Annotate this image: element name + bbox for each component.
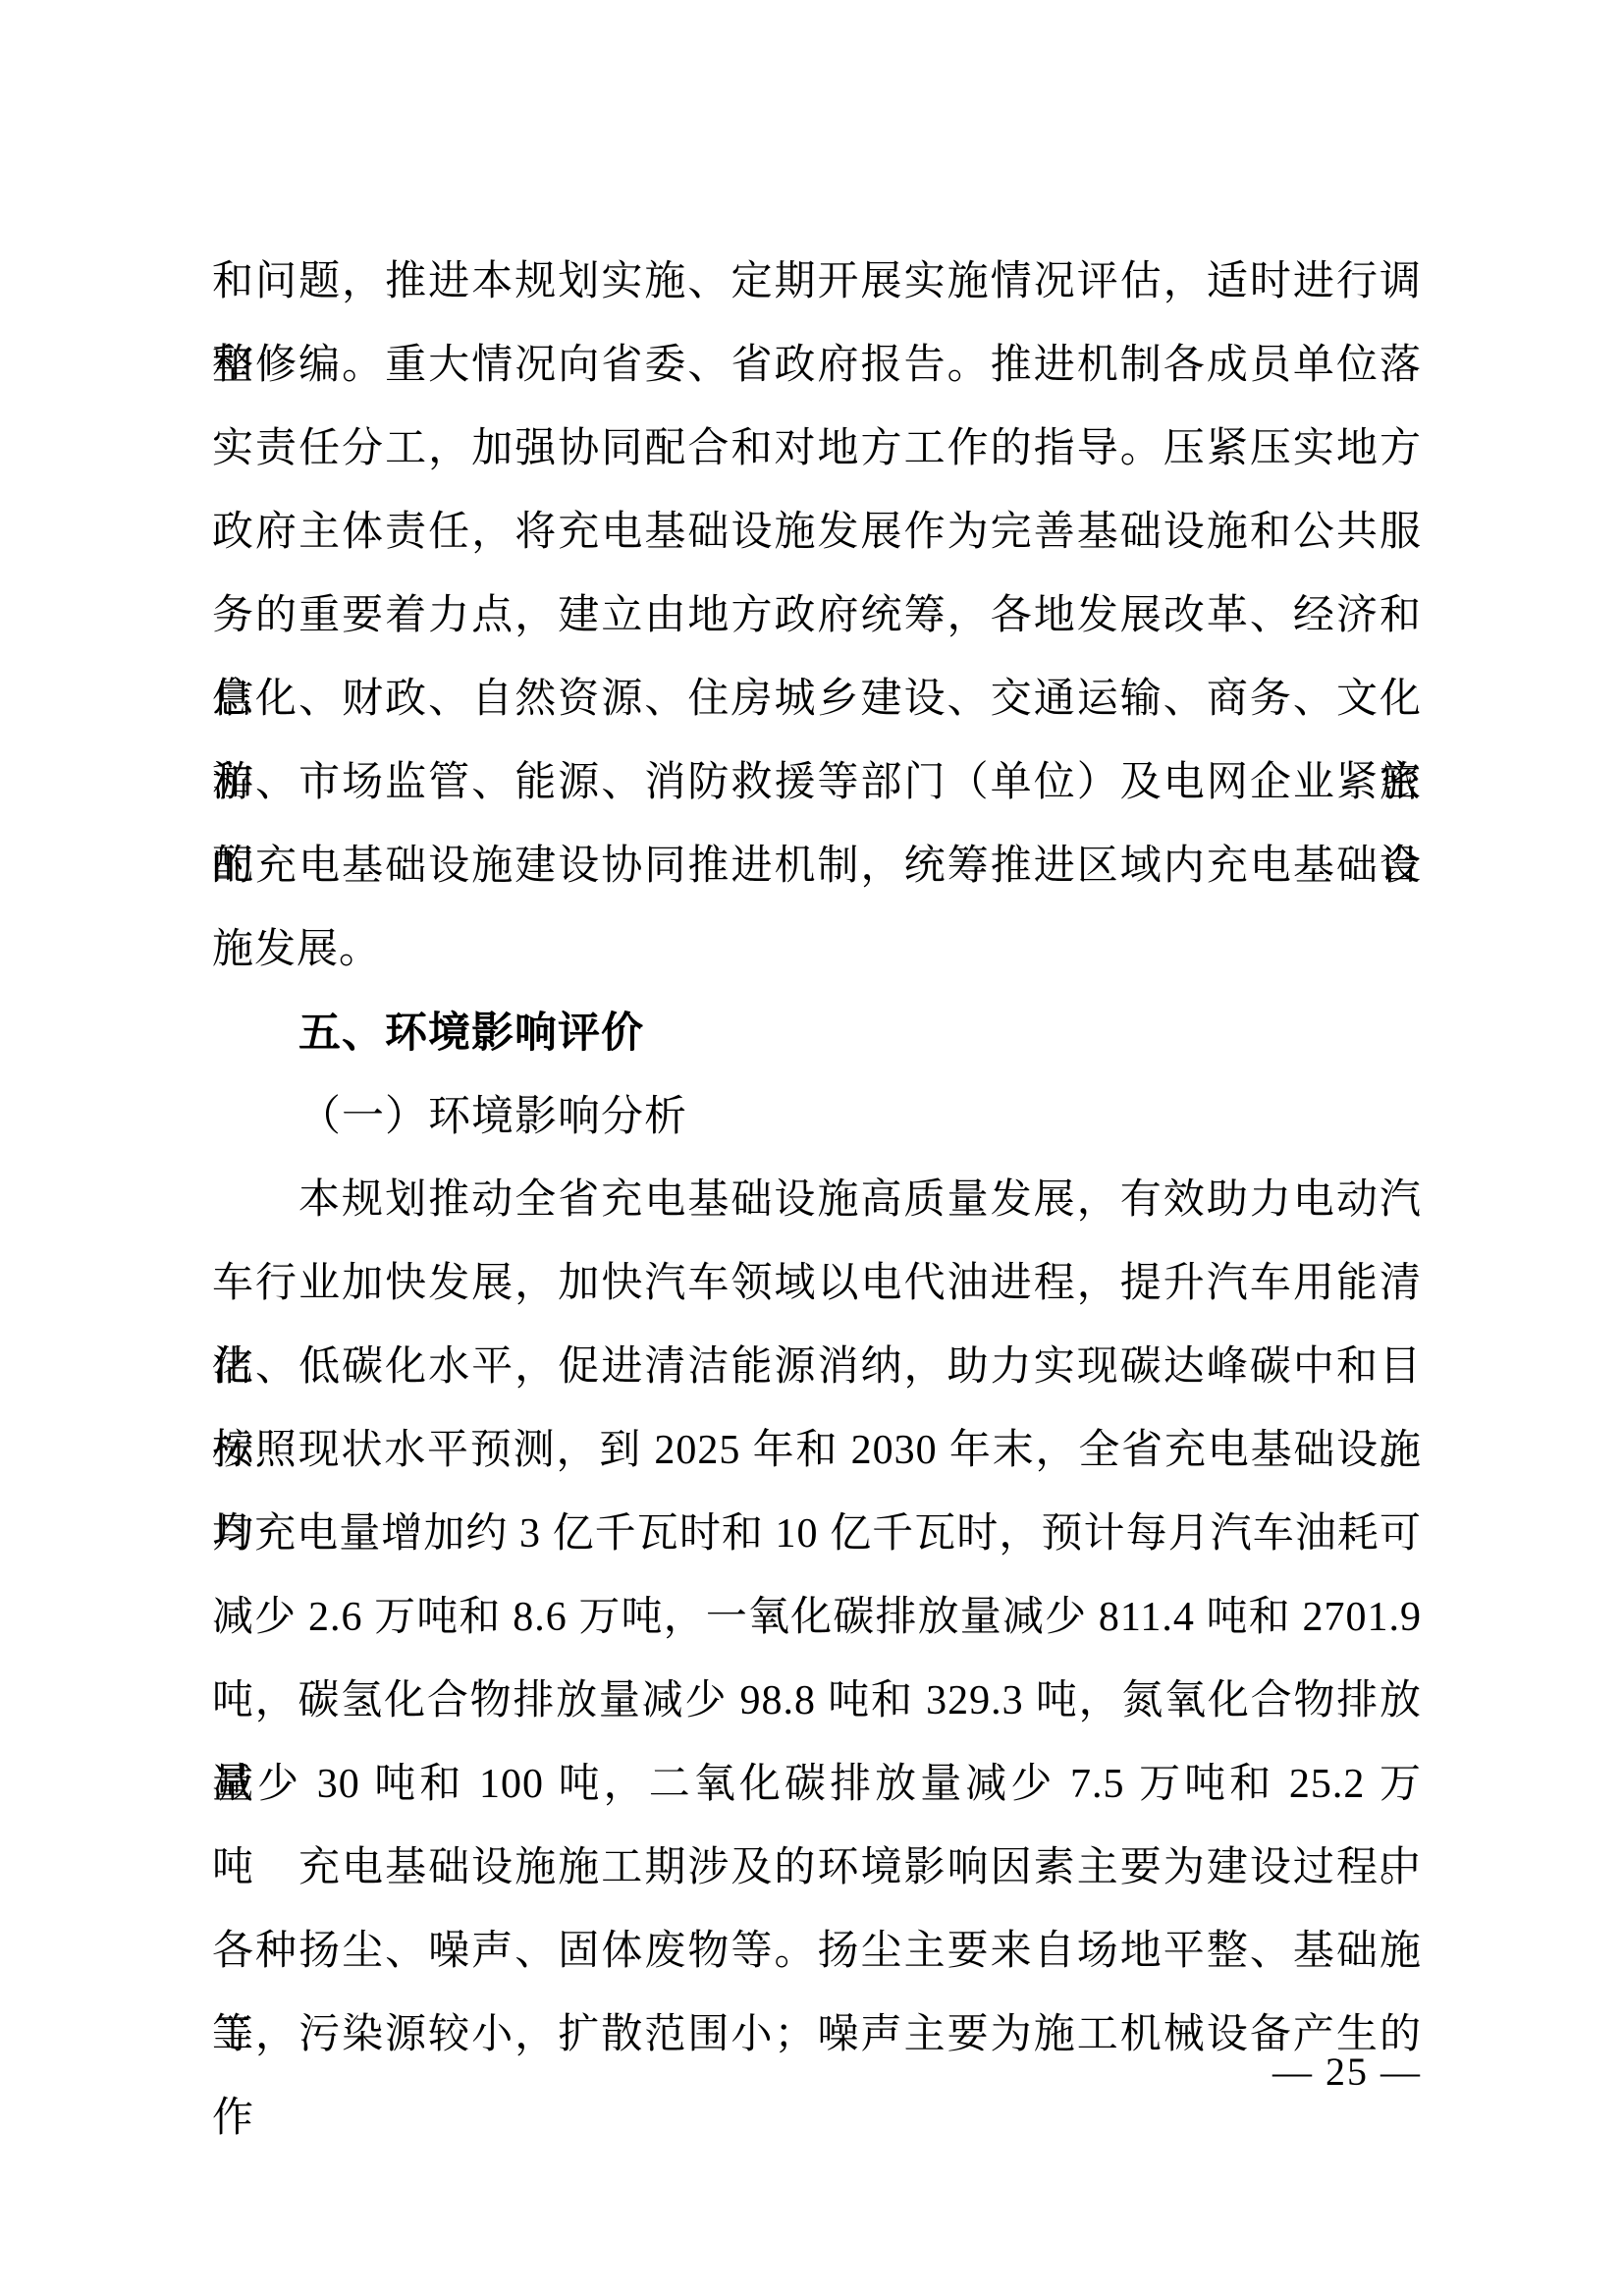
paragraph-environmental-benefit-line: 化、低碳化水平，促进清洁能源消纳，助力实现碳达峰碳中和目标。 — [212, 1326, 1422, 1409]
paragraph-environmental-benefit-line: 减少 30 吨和 100 吨，二氧化碳排放量减少 7.5 万吨和 25.2 万吨… — [212, 1743, 1422, 1827]
page-number: — 25 — — [212, 2048, 1422, 2097]
paragraph-environmental-benefit-line: 本规划推动全省充电基础设施高质量发展，有效助力电动汽 — [212, 1159, 1422, 1242]
paragraph-implementation-mechanism-line: 政府主体责任，将充电基础设施发展作为完善基础设施和公共服 — [212, 491, 1422, 574]
document-page: 和问题，推进本规划实施、定期开展实施情况评估，适时进行调整和修编。重大情况向省委… — [0, 0, 1623, 2296]
section-heading: 五、环境影响评价 — [212, 992, 1422, 1075]
paragraph-implementation-mechanism-line: 的充电基础设施建设协同推进机制，统筹推进区域内充电基础设 — [212, 825, 1422, 908]
paragraph-construction-impact-line: 各种扬尘、噪声、固体废物等。扬尘主要来自场地平整、基础施工 — [212, 1910, 1422, 1994]
paragraph-implementation-mechanism-line: 游、市场监管、能源、消防救援等部门（单位）及电网企业紧密配合 — [212, 741, 1422, 825]
paragraph-implementation-mechanism-line: 息化、财政、自然资源、住房城乡建设、交通运输、商务、文化和旅 — [212, 658, 1422, 741]
paragraph-implementation-mechanism-line: 实责任分工，加强协同配合和对地方工作的指导。压紧压实地方 — [212, 408, 1422, 491]
paragraph-environmental-benefit-line: 按照现状水平预测，到 2025 年和 2030 年末，全省充电基础设施月 — [212, 1409, 1422, 1493]
paragraph-implementation-mechanism-line: 施发展。 — [212, 908, 1422, 992]
paragraph-implementation-mechanism-line: 务的重要着力点，建立由地方政府统筹，各地发展改革、经济和信 — [212, 574, 1422, 658]
subsection-heading: （一）环境影响分析 — [212, 1075, 1422, 1159]
document-body: 和问题，推进本规划实施、定期开展实施情况评估，适时进行调整和修编。重大情况向省委… — [212, 241, 1422, 2077]
paragraph-environmental-benefit-line: 车行业加快发展，加快汽车领域以电代油进程，提升汽车用能清洁 — [212, 1242, 1422, 1326]
paragraph-environmental-benefit-line: 吨，碳氢化合物排放量减少 98.8 吨和 329.3 吨，氮氧化合物排放量 — [212, 1660, 1422, 1743]
paragraph-implementation-mechanism-line: 和修编。重大情况向省委、省政府报告。推进机制各成员单位落 — [212, 324, 1422, 408]
paragraph-environmental-benefit-line: 均充电量增加约 3 亿千瓦时和 10 亿千瓦时，预计每月汽车油耗可 — [212, 1493, 1422, 1576]
paragraph-implementation-mechanism-line: 和问题，推进本规划实施、定期开展实施情况评估，适时进行调整 — [212, 241, 1422, 324]
paragraph-construction-impact-line: 充电基础设施施工期涉及的环境影响因素主要为建设过程中 — [212, 1827, 1422, 1910]
paragraph-environmental-benefit-line: 减少 2.6 万吨和 8.6 万吨，一氧化碳排放量减少 811.4 吨和 270… — [212, 1576, 1422, 1660]
